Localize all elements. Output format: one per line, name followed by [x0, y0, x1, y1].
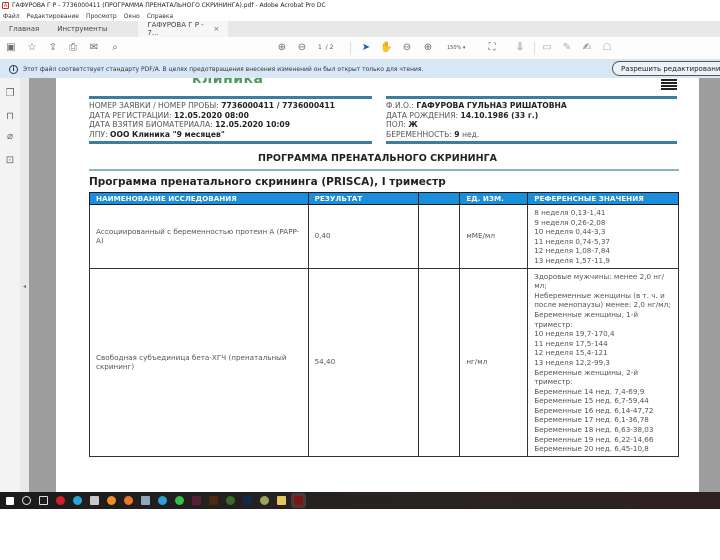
page-down-icon[interactable]: ⊖ — [296, 42, 308, 54]
results-table: НАИМЕНОВАНИЕ ИССЛЕДОВАНИЯ РЕЗУЛЬТАТ ЕД. … — [89, 192, 679, 457]
select-cursor-icon[interactable]: ➤ — [360, 42, 372, 54]
reference-line: 10 неделя 19,7-170,4 — [534, 329, 672, 339]
barcode-icon — [661, 79, 677, 93]
flag-cell — [419, 205, 460, 269]
reference-line: Беременные женщины, 2-й триместр: — [534, 368, 672, 387]
tab-tools[interactable]: Инструменты — [48, 21, 116, 37]
menu-edit[interactable]: Редактирование — [27, 13, 79, 20]
indesign-icon[interactable] — [192, 496, 201, 505]
table-header: НАИМЕНОВАНИЕ ИССЛЕДОВАНИЯ РЕЗУЛЬТАТ ЕД. … — [90, 193, 679, 205]
divider — [350, 42, 351, 55]
files-icon[interactable] — [141, 496, 150, 505]
info-icon: i — [9, 65, 18, 74]
zoom-out-icon[interactable]: ⊖ — [401, 42, 413, 54]
sign-icon[interactable]: ✍ — [581, 42, 593, 54]
reference-line: 10 неделя 0,44-3,3 — [534, 227, 672, 237]
header-reference: РЕФЕРЕНСНЫЕ ЗНАЧЕНИЯ — [528, 193, 679, 205]
reference-line: Беременные 14 нед. 7,4-69,9 — [534, 387, 672, 397]
hand-icon[interactable]: ✋ — [380, 42, 392, 54]
comment-icon[interactable]: ▭ — [541, 42, 553, 54]
reference-line: Здоровые мужчины: менее 2,0 нг/мл; — [534, 272, 672, 291]
header-unit: ЕД. ИЗМ. — [460, 193, 528, 205]
header-result: РЕЗУЛЬТАТ — [308, 193, 419, 205]
menu-window[interactable]: Окно — [124, 13, 140, 20]
test-name-cell: Свободная субъединица бета-ХГЧ (пренатал… — [90, 268, 309, 456]
header-flag — [419, 193, 460, 205]
flag-cell — [419, 268, 460, 456]
request-info: НОМЕР ЗАЯВКИ / НОМЕР ПРОБЫ: 7736000411 /… — [89, 101, 335, 139]
blank-area — [0, 509, 720, 560]
reference-line: 13 неделя 12,2-99,3 — [534, 358, 672, 368]
start-icon[interactable] — [6, 497, 14, 505]
reference-line: 13 неделя 1,57-11,9 — [534, 256, 672, 266]
divider — [386, 141, 677, 144]
info-registration-date: ДАТА РЕГИСТРАЦИИ: 12.05.2020 08:00 — [89, 111, 335, 121]
save-icon[interactable]: ▣ — [5, 42, 17, 54]
task-view-icon[interactable] — [39, 496, 48, 505]
tab-home[interactable]: Главная — [0, 21, 48, 37]
scroll-mode-icon[interactable]: ⇩ — [514, 42, 526, 54]
menu-file[interactable]: Файл — [3, 13, 20, 20]
window-title: ГАФУРОВА Г Р - 7736000411 (ПРОГРАММА ПРЕ… — [12, 2, 326, 9]
info-lpu: ЛПУ: ООО Клиника "9 месяцев" — [89, 130, 335, 140]
unit-cell: мМЕ/мл — [460, 205, 528, 269]
bookmark-star-icon[interactable]: ☆ — [26, 42, 38, 54]
table-row: Свободная субъединица бета-ХГЧ (пренатал… — [90, 268, 679, 456]
reference-line: 12 неделя 1,08-7,84 — [534, 246, 672, 256]
highlight-icon[interactable]: ✎ — [561, 42, 573, 54]
tab-document-label: ГАФУРОВА Г Р - 7... — [147, 21, 213, 37]
document-background — [29, 78, 56, 492]
section-title: Программа пренатального скрининга (PRISC… — [89, 176, 446, 188]
left-nav-panel: ❐ ⊓ ⌀ ⊡ — [0, 78, 20, 492]
info-pregnancy: БЕРЕМЕННОСТЬ: 9 нед. — [386, 130, 567, 140]
menu-bar: Файл Редактирование Просмотр Окно Справк… — [0, 11, 720, 21]
share-icon[interactable]: ☖ — [601, 42, 613, 54]
whatsapp-icon[interactable] — [175, 496, 184, 505]
page-up-icon[interactable]: ⊕ — [276, 42, 288, 54]
opera-icon[interactable] — [56, 496, 65, 505]
photoshop-icon[interactable] — [243, 496, 252, 505]
divider — [386, 96, 677, 99]
fit-page-icon[interactable]: ⛶ — [486, 42, 498, 54]
document-background — [699, 78, 720, 492]
email-icon[interactable]: ✉ — [88, 42, 100, 54]
divider — [534, 42, 535, 55]
reference-line: Беременные 20 нед. 6,45-10,8 — [534, 444, 672, 454]
chrome-icon[interactable] — [260, 496, 269, 505]
info-sex: ПОЛ: Ж — [386, 120, 567, 130]
notepad-icon[interactable] — [90, 496, 99, 505]
test-name-cell: Ассоциированный с беременностью протеин … — [90, 205, 309, 269]
info-birth-date: ДАТА РОЖДЕНИЯ: 14.10.1986 (33 г.) — [386, 111, 567, 121]
bookmark-icon[interactable]: ⊓ — [4, 111, 16, 123]
app-icon[interactable] — [124, 496, 133, 505]
header-test-name: НАИМЕНОВАНИЕ ИССЛЕДОВАНИЯ — [90, 193, 309, 205]
acrobat-app-icon: A — [2, 2, 9, 9]
tab-document[interactable]: ГАФУРОВА Г Р - 7... × — [138, 21, 228, 37]
document-title: ПРОГРАММА ПРЕНАТАЛЬНОГО СКРИНИНГА — [56, 153, 699, 164]
browser-icon[interactable] — [73, 496, 82, 505]
reference-line: Небеременные женщины (в т. ч. и после ме… — [534, 291, 672, 310]
reference-cell: Здоровые мужчины: менее 2,0 нг/мл;Небере… — [528, 268, 679, 456]
zoom-in-icon[interactable]: ⊕ — [422, 42, 434, 54]
info-message: Этот файл соответствует стандарту PDF/A.… — [23, 66, 423, 73]
reference-line: Беременные 15 нед. 6,7-59,44 — [534, 396, 672, 406]
search-icon[interactable] — [22, 496, 31, 505]
explorer-icon[interactable] — [277, 496, 286, 505]
windows-taskbar — [0, 492, 720, 509]
enable-editing-button[interactable]: Разрешить редактирование — [612, 61, 720, 76]
info-collection-date: ДАТА ВЗЯТИЯ БИОМАТЕРИАЛА: 12.05.2020 10:… — [89, 120, 335, 130]
pdf-page: клиника НОМЕР ЗАЯВКИ / НОМЕР ПРОБЫ: 7736… — [56, 78, 699, 492]
tab-bar: Главная Инструменты ГАФУРОВА Г Р - 7... … — [0, 21, 720, 37]
reference-line: 9 неделя 0,26-2,08 — [534, 218, 672, 228]
clinic-logo: клиника — [192, 78, 264, 87]
reference-line: 11 неделя 17,5-144 — [534, 339, 672, 349]
reference-line: 12 неделя 15,4-121 — [534, 348, 672, 358]
unit-cell: нг/мл — [460, 268, 528, 456]
pages-icon[interactable]: ❐ — [4, 88, 16, 100]
reference-cell: 8 неделя 0,13-1,419 неделя 0,26-2,0810 н… — [528, 205, 679, 269]
table-row: Ассоциированный с беременностью протеин … — [90, 205, 679, 269]
illustrator-icon[interactable] — [209, 496, 218, 505]
reference-line: Беременные женщины, 1-й триместр: — [534, 310, 672, 329]
reference-line: Беременные 19 нед. 6,22-14,66 — [534, 435, 672, 445]
search-icon[interactable]: ⌕ — [109, 42, 121, 54]
attachment-icon[interactable]: ⌀ — [4, 131, 16, 143]
toolbar: ▣ ☆ ⇪ ⎙ ✉ ⌕ ⊕ ⊖ 1 / 2 ➤ ✋ ⊖ ⊕ 150% ▾ ⛶ ⇩… — [0, 37, 720, 60]
app-icon[interactable] — [226, 496, 235, 505]
close-icon[interactable]: × — [213, 25, 219, 33]
divider — [89, 169, 679, 171]
menu-view[interactable]: Просмотр — [86, 13, 117, 20]
print-icon[interactable]: ⎙ — [67, 42, 79, 54]
reference-line: Беременные 16 нед. 6,14-47,72 — [534, 406, 672, 416]
acrobat-icon[interactable] — [294, 496, 303, 505]
collapse-panel-icon[interactable]: ◂ — [23, 283, 26, 290]
info-patient-name: Ф.И.О.: ГАФУРОВА ГУЛЬНАЗ РИШАТОВНА — [386, 101, 567, 111]
menu-help[interactable]: Справка — [147, 13, 173, 20]
reference-line: Беременные 18 нед. 6,63-38,03 — [534, 425, 672, 435]
result-cell: 0,40 — [308, 205, 419, 269]
reference-line: 8 неделя 0,13-1,41 — [534, 208, 672, 218]
reference-line: 11 неделя 0,74-5,37 — [534, 237, 672, 247]
info-request-number: НОМЕР ЗАЯВКИ / НОМЕР ПРОБЫ: 7736000411 /… — [89, 101, 335, 111]
patient-info: Ф.И.О.: ГАФУРОВА ГУЛЬНАЗ РИШАТОВНА ДАТА … — [386, 101, 567, 139]
divider — [89, 96, 372, 99]
page-number-input[interactable]: 1 / 2 — [318, 44, 333, 51]
security-icon[interactable]: ⊡ — [4, 155, 16, 167]
zoom-level-select[interactable]: 150% ▾ — [447, 45, 465, 51]
telegram-icon[interactable] — [158, 496, 167, 505]
divider — [89, 141, 372, 144]
window-titlebar: A ГАФУРОВА Г Р - 7736000411 (ПРОГРАММА П… — [0, 0, 720, 11]
upload-icon[interactable]: ⇪ — [47, 42, 59, 54]
app-icon[interactable] — [107, 496, 116, 505]
result-cell: 54,40 — [308, 268, 419, 456]
reference-line: Беременные 17 нед. 6,1-36,78 — [534, 415, 672, 425]
